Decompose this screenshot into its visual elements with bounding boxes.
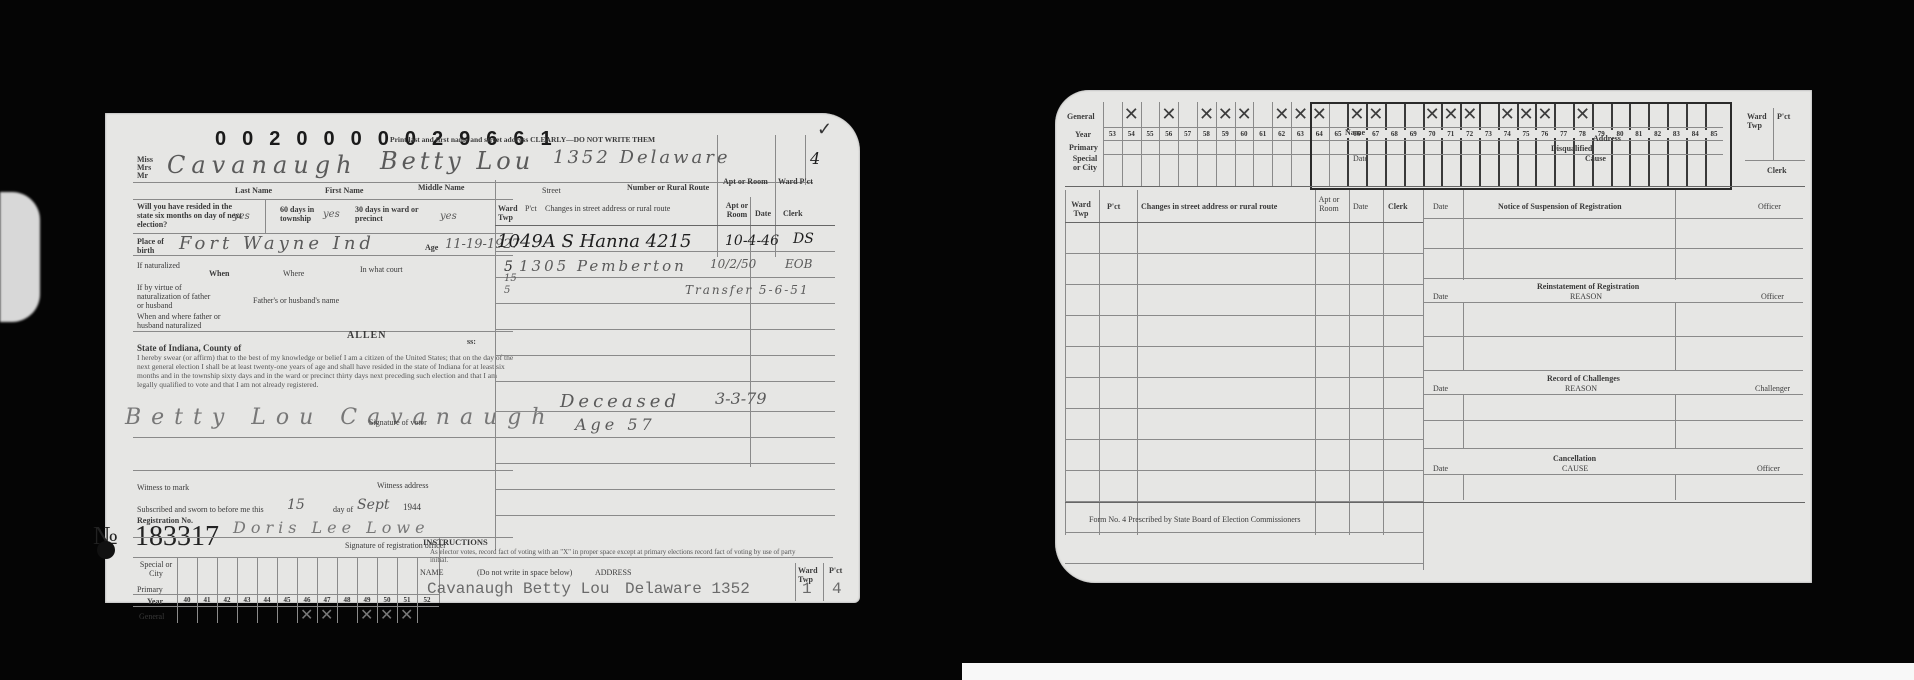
vote-mark-icon: ✕	[1274, 104, 1289, 125]
naturalized-when: When	[209, 269, 229, 278]
address-label: ADDRESS	[595, 568, 631, 577]
year-cell: 51	[397, 596, 417, 604]
year-cell: 54	[1122, 130, 1141, 138]
suspension-date-header: Date	[1433, 202, 1448, 211]
instructions-title: INSTRUCTIONS	[423, 538, 488, 547]
officer-signature: Doris Lee Lowe	[233, 518, 430, 537]
sworn-year: 1944	[403, 503, 421, 512]
cancellation-officer-header: Officer	[1757, 464, 1780, 473]
year-cell: 40	[177, 596, 197, 604]
witness-mark-label: Witness to mark	[137, 483, 189, 492]
last-name-value: Cavanaugh	[167, 151, 358, 179]
year-cell: 42	[217, 596, 237, 604]
year-cell: 48	[337, 596, 357, 604]
father-name-label: Father's or husband's name	[253, 296, 339, 305]
naturalized-where: Where	[283, 269, 304, 278]
suspension-officer-header: Officer	[1758, 202, 1781, 211]
overlay-date: Date	[1353, 154, 1368, 163]
registration-card-back: General Year Primary Special or City 535…	[1055, 90, 1812, 583]
ward-twp-label-r: Ward Twp	[1747, 112, 1769, 130]
vote-mark-icon: ✕	[1237, 104, 1252, 125]
overlay-name: Name	[1345, 128, 1365, 137]
cancellation-cause-header: CAUSE	[1562, 464, 1588, 473]
vote-mark-icon: ✕	[360, 605, 373, 624]
form-footer: Form No. 4 Prescribed by State Board of …	[1089, 515, 1301, 524]
change-row-1-clerk: DS	[793, 231, 814, 247]
state-county-label: State of Indiana, County of	[137, 344, 241, 353]
year-cell: 49	[357, 596, 377, 604]
title-mr: Mr	[137, 171, 148, 180]
last-name-label: Last Name	[235, 186, 272, 195]
year-cell: 46	[297, 596, 317, 604]
pct-label-r: P'ct	[1777, 112, 1790, 121]
year-cell: 56	[1159, 130, 1178, 138]
year-cell: 50	[377, 596, 397, 604]
subscribed-label: Subscribed and sworn to before me this	[137, 505, 264, 514]
age-label: Age	[425, 243, 438, 252]
header-ward-mark: 4	[810, 149, 820, 168]
year-cell: 55	[1141, 130, 1160, 138]
first-name-value: Betty Lou	[380, 147, 534, 175]
change-row-2-address: 1305 Pemberton	[519, 257, 687, 275]
header-instruction: Print last and first name and street add…	[390, 135, 655, 144]
change-row-1-address: 1049A S Hanna 4215	[497, 231, 691, 252]
grid-general-label: General	[139, 612, 164, 621]
overlay-disqualified: Disqualified	[1551, 144, 1592, 153]
vote-mark-icon: ✕	[320, 605, 333, 624]
first-name-label: First Name	[325, 186, 363, 195]
day-of-label: day of	[333, 505, 353, 514]
change-row-2-date: 10/2/50	[710, 257, 756, 271]
state-residency-answer: yes	[233, 211, 250, 222]
challenges-challenger-header: Challenger	[1755, 384, 1790, 393]
grid-special-label-r: Special or City	[1069, 154, 1101, 172]
pct-header: P'ct	[525, 204, 537, 213]
reinstatement-title: Reinstatement of Registration	[1537, 282, 1639, 291]
deceased-note: Deceased	[560, 391, 680, 412]
r-date-header: Date	[1353, 202, 1368, 211]
grid-general-label-r: General	[1067, 112, 1095, 121]
challenges-title: Record of Challenges	[1547, 374, 1620, 383]
voter-signature-label: Signature of voter	[369, 418, 427, 427]
typed-pct: 4	[832, 580, 842, 598]
check-mark: ✓	[817, 119, 832, 140]
vote-mark-icon: ✕	[400, 605, 413, 624]
apt-or-room-header: Apt or Room	[725, 201, 749, 219]
year-cell: 62	[1272, 130, 1291, 138]
street-label: Street	[542, 186, 561, 195]
change-row-1-date: 10-4-46	[725, 233, 779, 249]
number-route-label: Number or Rural Route	[627, 183, 709, 192]
grid-year-label: Year	[147, 597, 163, 606]
year-cell: 45	[277, 596, 297, 604]
scan-border	[962, 663, 1914, 680]
vote-mark-icon: ✕	[1293, 104, 1308, 125]
year-cell: 60	[1235, 130, 1254, 138]
year-cell: 43	[237, 596, 257, 604]
county-value: ALLEN	[347, 331, 386, 340]
change-row-2-clerk: EOB	[785, 257, 812, 271]
change-row-4-pct: 5	[504, 285, 510, 296]
vote-mark-icon: ✕	[380, 605, 393, 624]
clerk-header: Clerk	[783, 209, 803, 218]
grid-primary-label-r: Primary	[1069, 143, 1098, 152]
year-cell: 63	[1291, 130, 1310, 138]
vote-mark-icon: ✕	[300, 605, 313, 624]
challenges-date-header: Date	[1433, 384, 1448, 393]
birth-place-value: Fort Wayne Ind	[179, 233, 375, 254]
vote-mark-icon: ✕	[1161, 104, 1176, 125]
suspension-title: Notice of Suspension of Registration	[1498, 202, 1622, 211]
vote-mark-icon: ✕	[1124, 104, 1139, 125]
street-value: 1352 Delaware	[553, 147, 731, 168]
name-label: NAME	[420, 568, 444, 577]
naturalized-court: In what court	[360, 265, 403, 274]
typed-address: Delaware 1352	[625, 580, 750, 598]
year-cell: 41	[197, 596, 217, 604]
year-cell: 61	[1253, 130, 1272, 138]
apt-room-header: Apt or Room	[723, 177, 768, 186]
r-ward-header: Ward Twp	[1069, 200, 1093, 218]
instructions-text: As elector votes, record fact of voting …	[430, 548, 810, 564]
disqualification-box	[1310, 102, 1732, 190]
sworn-day: 15	[287, 497, 305, 513]
voter-signature: Betty Lou Cavanaugh	[125, 405, 556, 430]
oath-text: I hereby swear (or affirm) that to the b…	[137, 353, 517, 389]
age-note: Age 57	[575, 415, 656, 434]
reinstatement-officer-header: Officer	[1761, 292, 1784, 301]
cancellation-date-header: Date	[1433, 464, 1448, 473]
overlay-address: Address	[1593, 134, 1621, 143]
pct-label-bottom: P'ct	[829, 566, 842, 575]
year-cell: 47	[317, 596, 337, 604]
deceased-date: 3-3-79	[715, 389, 767, 408]
voting-grid-left: 40414243444546✕47✕4849✕50✕51✕52	[177, 557, 437, 603]
virtue-label: If by virtue of naturalization of father…	[137, 283, 217, 310]
do-not-write-label: (Do not write in space below)	[477, 568, 572, 577]
year-cell: 44	[257, 596, 277, 604]
ward-residency-label: 30 days in ward or precinct	[355, 205, 425, 223]
middle-name-label: Middle Name	[418, 183, 464, 192]
cancellation-title: Cancellation	[1553, 454, 1596, 463]
change-row-4-address: Transfer 5-6-51	[685, 283, 810, 297]
typed-name: Cavanaugh Betty Lou	[427, 580, 609, 598]
naturalized-label: If naturalized	[137, 261, 187, 270]
year-cell: 59	[1216, 130, 1235, 138]
grid-year-label-r: Year	[1075, 130, 1091, 139]
year-cell: 57	[1178, 130, 1197, 138]
ward-twp-header: Ward Twp	[498, 204, 520, 222]
year-cell: 53	[1103, 130, 1122, 138]
film-edge-artifact	[0, 192, 40, 322]
birth-place-label: Place of birth	[137, 237, 177, 255]
r-apt-header: Apt or Room	[1317, 195, 1341, 213]
vote-mark-icon: ✕	[1199, 104, 1214, 125]
state-residency-question: Will you have resided in the state six m…	[137, 202, 247, 229]
changes-header: Changes in street address or rural route	[545, 204, 670, 213]
ward-residency-answer: yes	[440, 211, 457, 222]
r-changes-header: Changes in street address or rural route	[1141, 202, 1277, 211]
date-header: Date	[755, 209, 771, 218]
vote-mark-icon: ✕	[1218, 104, 1233, 125]
grid-primary-label: Primary	[137, 585, 163, 594]
witness-address-label: Witness address	[377, 481, 428, 490]
typed-ward: 1	[802, 580, 812, 598]
when-where-father-label: When and where father or husband natural…	[137, 312, 237, 330]
change-row-3-pct: 15	[504, 273, 517, 284]
reinstatement-date-header: Date	[1433, 292, 1448, 301]
address-changes-table	[1065, 190, 1355, 570]
punch-hole	[97, 541, 115, 559]
grid-special-label: Special or City	[137, 560, 175, 578]
clerk-label-r: Clerk	[1767, 166, 1787, 175]
ss-label: ss:	[467, 337, 476, 346]
township-answer: yes	[323, 209, 340, 220]
ward-pct-header: Ward P'ct	[778, 177, 813, 186]
r-clerk-header: Clerk	[1388, 202, 1408, 211]
sworn-month: Sept	[357, 497, 389, 513]
year-cell: 58	[1197, 130, 1216, 138]
registration-card-front: 0020000029661 Print last and first name …	[105, 113, 860, 603]
challenges-reason-header: REASON	[1565, 384, 1597, 393]
overlay-cause: Cause	[1585, 154, 1606, 163]
reinstatement-reason-header: REASON	[1570, 292, 1602, 301]
r-pct-header: P'ct	[1107, 202, 1120, 211]
